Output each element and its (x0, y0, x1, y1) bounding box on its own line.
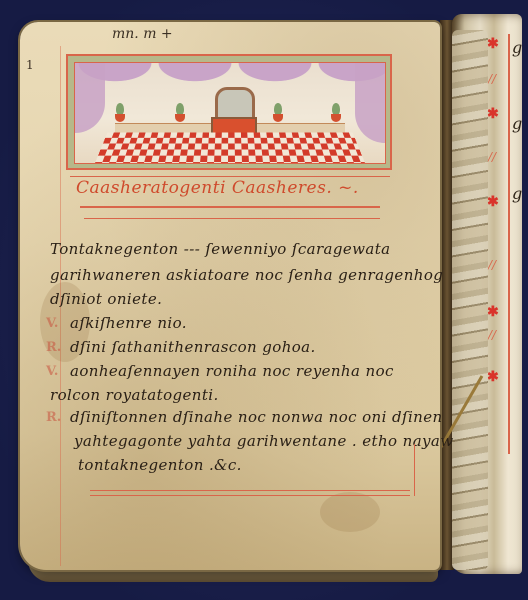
heading-rule-lower (84, 218, 380, 219)
right-page-script: g (512, 38, 522, 57)
text-line: aſkiſhenre nio. (70, 314, 187, 332)
right-curtain (355, 63, 385, 143)
rubric-response: R. (46, 410, 61, 425)
bottom-rule (90, 495, 410, 496)
drapery-swag (75, 63, 385, 85)
potted-plant-icon (273, 103, 283, 123)
heading-rule (80, 206, 380, 208)
rubric-versicle: V. (46, 364, 58, 379)
potted-plant-icon (331, 103, 341, 123)
text-line: yahtegagonte yahta garihwentane . etho n… (74, 432, 454, 450)
text-line: aonheaſennayen roniha noc reyenha noc (70, 362, 394, 380)
text-line: dſiniot oniete. (50, 290, 162, 308)
text-line: dſini ſathanithenrascon gohoa. (70, 338, 316, 356)
right-margin-rule (508, 34, 510, 454)
text-line: dſiniſtonnen dſinahe noc nonwa noc oni d… (70, 408, 443, 426)
torn-page-edges (452, 30, 488, 570)
rubric-versicle: V. (46, 316, 58, 331)
right-page-script: g (512, 184, 522, 203)
text-line: rolcon royatatogenti. (50, 386, 219, 404)
double-slash-mark: // (488, 72, 496, 86)
rubric-response: R. (46, 340, 61, 355)
asterisk-mark: ✱ (487, 369, 499, 385)
asterisk-mark: ✱ (487, 106, 499, 122)
painted-illustration (66, 54, 392, 170)
double-slash-mark: // (488, 258, 496, 272)
text-line: garihwaneren askiatoare noc ſenha genrag… (50, 266, 443, 284)
illustration-scene (74, 62, 386, 164)
asterisk-mark: ✱ (487, 36, 499, 52)
asterisk-mark: ✱ (487, 304, 499, 320)
checkered-floor (95, 132, 365, 163)
double-slash-mark: // (488, 328, 496, 342)
text-line: Tontaknegenton --- ſewenniyo ſcaragewata (50, 240, 391, 258)
double-slash-mark: // (488, 150, 496, 164)
left-curtain (75, 63, 105, 133)
right-page-script: g (512, 114, 522, 133)
bottom-rule (90, 490, 410, 491)
asterisk-mark: ✱ (487, 194, 499, 210)
right-text-rule (414, 444, 415, 496)
folio-number: 1 (26, 58, 34, 72)
text-line: tontaknegenton .&c. (78, 456, 242, 474)
potted-plant-icon (175, 103, 185, 123)
stain (320, 492, 380, 532)
potted-plant-icon (115, 103, 125, 123)
section-heading: Caasheratogenti Caasheres. ~. (76, 178, 359, 198)
heading-rule-top (70, 176, 390, 177)
folio-header: mn. m + (112, 26, 173, 42)
